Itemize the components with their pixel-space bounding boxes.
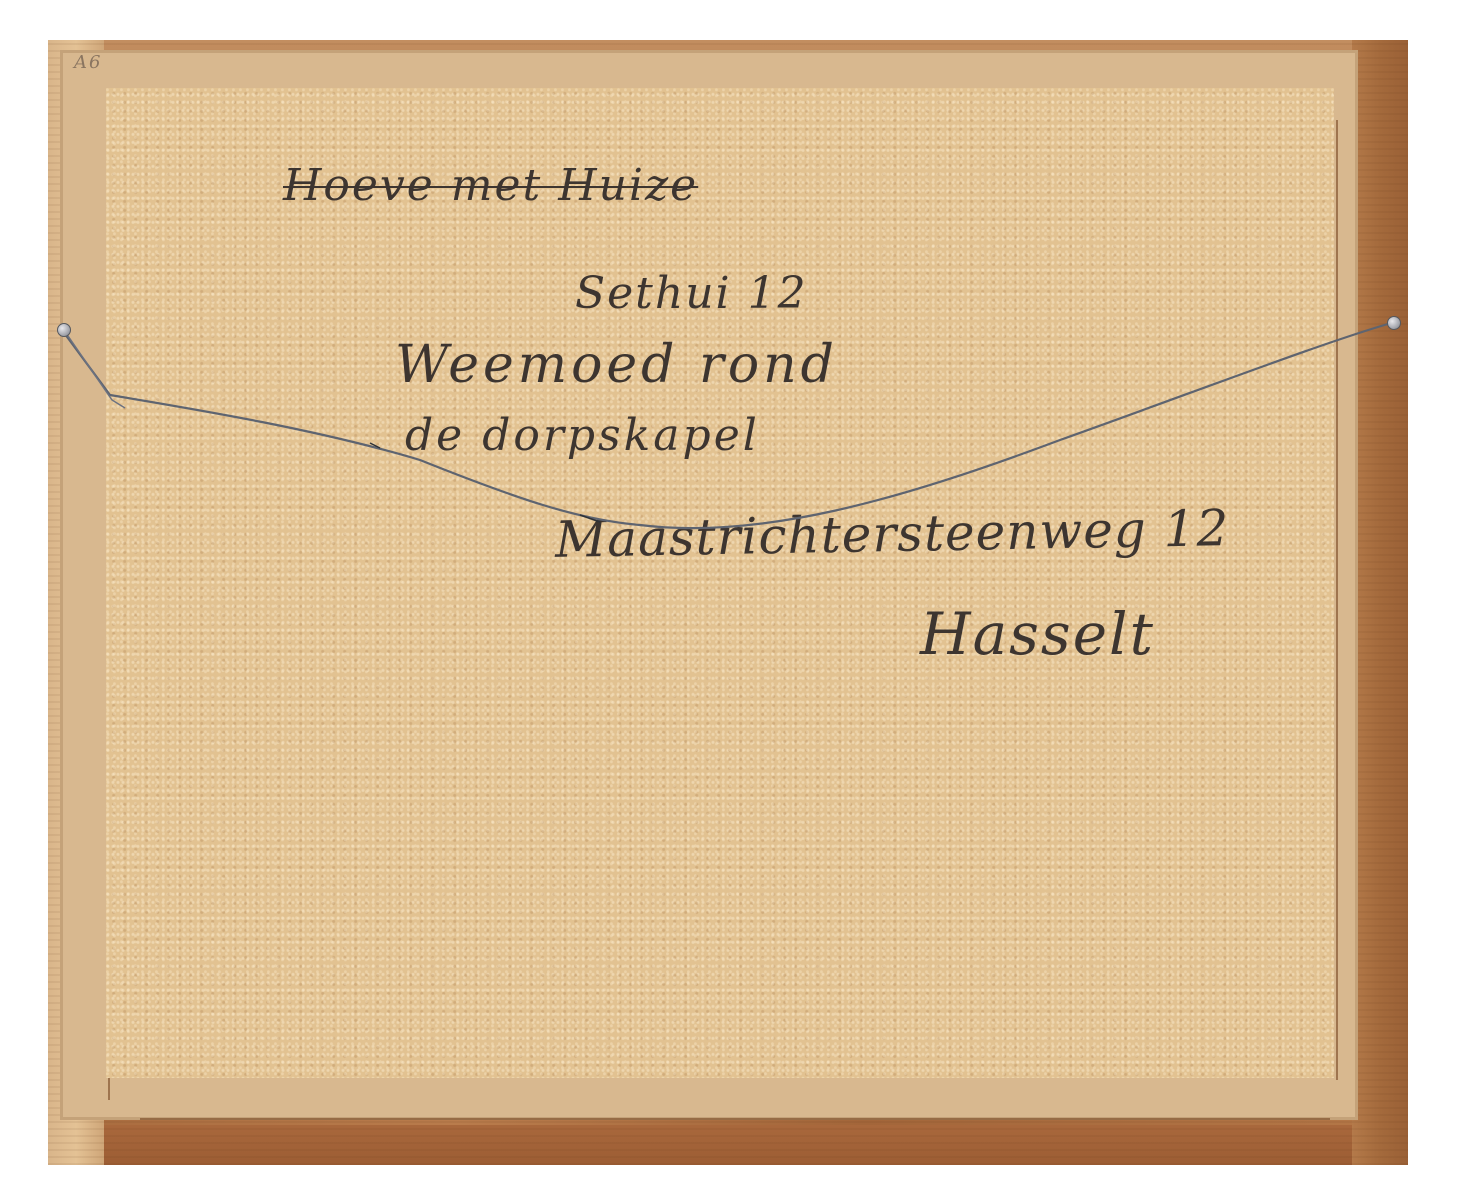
left-screw-eye-icon bbox=[57, 323, 71, 337]
hanging-wire bbox=[0, 0, 1460, 1200]
right-screw-eye-icon bbox=[1387, 316, 1401, 330]
